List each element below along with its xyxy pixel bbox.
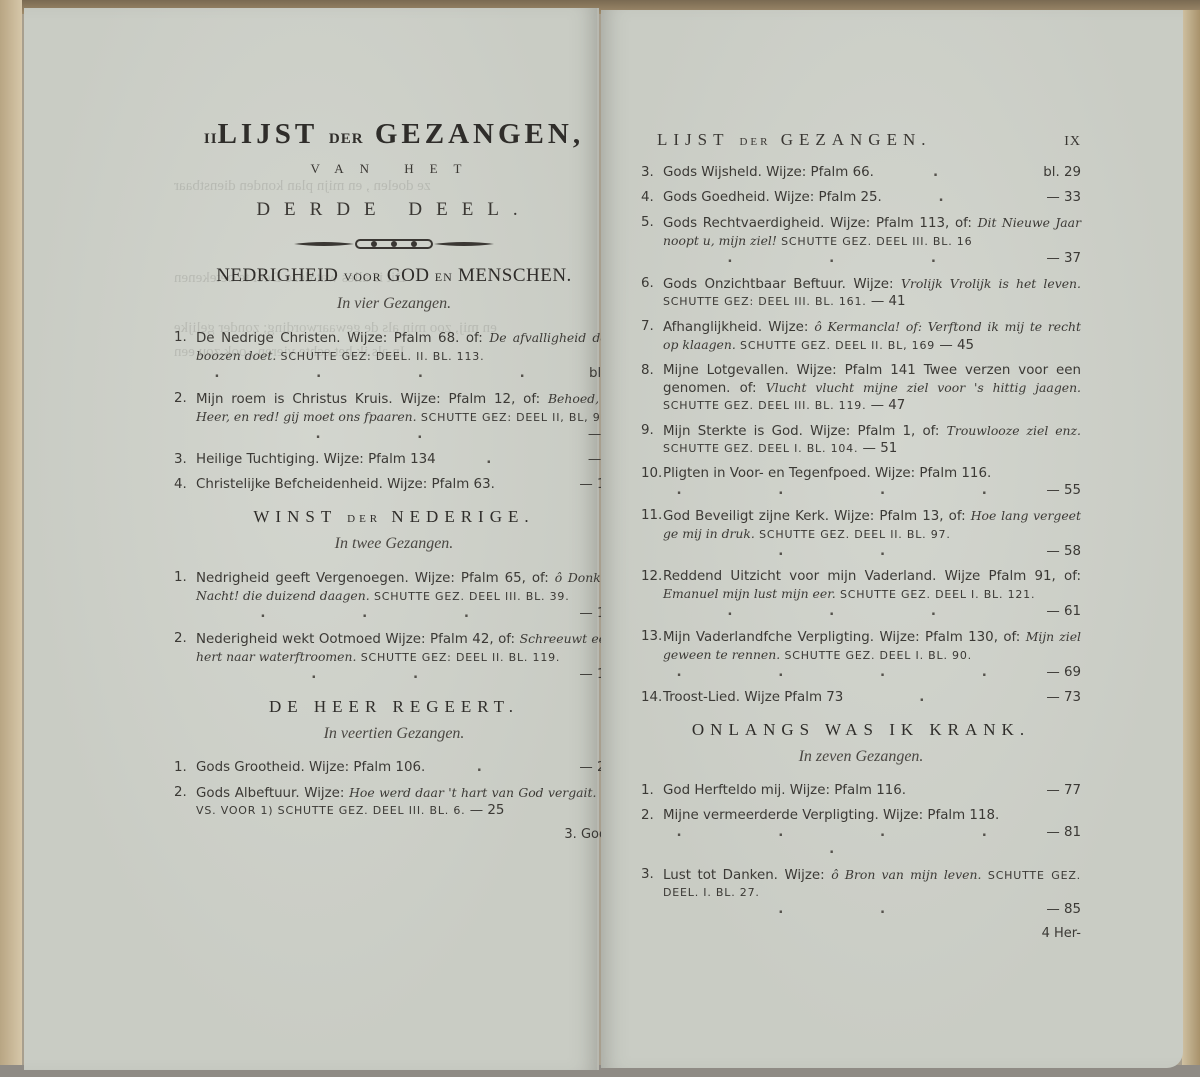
title-prefix: II [204,131,218,147]
entry-alt-tune: ô Bron van mijn leven. [831,867,981,882]
entry-title: Mijn Sterkte is God. [663,424,803,439]
entry-title: Mijn Vaderlandfche Verpligting. [663,630,874,645]
hymn-entry: 13. Mijn Vaderlandfche Verpligting. Wijz… [641,628,1081,681]
title-main: LIJST [218,118,318,150]
entry-title: Nederigheid wekt Ootmoed [196,632,381,647]
entry-number: 4. [641,189,661,206]
entry-number: 13. [641,628,661,645]
entry-reference: Schutte Gez: Deel. II. bl. 113. [281,350,485,363]
entry-page: — 51 [863,441,898,456]
hymn-entry: 1. Nedrigheid geeft Vergenoegen. Wijze: … [174,569,614,622]
hymn-entry: 5. Gods Rechtvaerdigheid. Wijze: Pfalm 1… [641,214,1081,267]
entry-page: — 41 [871,294,906,309]
entry-alt-tune: Vlucht vlucht mijne ziel voor 's hittig … [766,380,1081,395]
running-head: LIJST DER GEZANGEN. IX [641,130,1081,150]
entry-reference: Schutte Gez. Deel II. bl, 169 [740,339,935,352]
entry-tune: Wijze: [304,786,344,801]
entry-title: Mijne Lotgevallen. [663,363,789,378]
entry-page: — 47 [871,398,906,413]
entry-page: — 45 [939,338,974,353]
hymn-entry: 3. Heilige Tuchtiging. Wijze: Pfalm 134 … [174,451,614,468]
hymn-entry: 2. Mijn roem is Christus Kruis. Wijze: P… [174,390,614,443]
hymn-entry: 7. Afhanglijkheid. Wijze: ô Kermancla! o… [641,318,1081,354]
section-subtitle: In vier Gezangen. [174,295,614,313]
hymn-entry: 6. Gods Onzichtbaar Beftuur. Wijze: Vrol… [641,275,1081,310]
leader-dots: . . [196,426,588,443]
section-heading-nedrigheid: NEDRIGHEID VOOR GOD EN MENSCHEN. [174,265,614,287]
hymn-entry: 3. Lust tot Danken. Wijze: ô Bron van mi… [641,866,1081,918]
entry-title: Christelijke Befcheidenheid. [196,477,383,492]
van-het-line: VAN HET [174,161,614,177]
entry-title: Gods Rechtvaerdigheid. [663,216,824,231]
hymn-entry: 4. Christelijke Befcheidenheid. Wijze: P… [174,476,614,493]
entry-number: 12. [641,568,661,585]
entry-tune: Wijze: Pfalm 68. of: [347,331,483,346]
entry-tune: Wijze: Pfalm 116. [875,466,991,481]
title-der: DER [329,131,364,147]
title-rest: GEZANGEN, [375,118,584,150]
entry-reference: Schutte Gez: Deel III. bl. 161. [663,295,867,308]
entry-tune: Wijze: Pfalm 113, of: [830,216,972,231]
entry-tune: Wijze: [853,277,893,292]
left-page-column: IILIJST DER GEZANGEN, VAN HET DERDE DEEL… [174,118,614,842]
entry-title: Lust tot Danken. [663,868,778,883]
entry-title: Gods Goedheid. [663,190,770,205]
entry-number: 2. [641,807,661,824]
entry-number: 1. [641,782,661,799]
hymn-entry: 1. Gods Grootheid. Wijze: Pfalm 106. . —… [174,759,614,776]
entry-number: 7. [641,318,661,335]
section-heading-onlangs-was-ik-krank: ONLANGS WAS IK KRANK. [641,720,1081,740]
entry-title: Troost-Lied. [663,690,740,705]
entry-alt-tune: Trouwlooze ziel enz. [947,423,1081,438]
entry-tune: Wijze: Pfalm 116. [790,783,906,798]
hymn-entry: 2. Gods Albeftuur. Wijze: Hoe werd daar … [174,784,614,819]
entry-title: Gods Wijsheld. [663,165,762,180]
entry-title: De Nedrige Christen. [196,331,341,346]
running-head-word: GEZANGEN. [781,130,932,149]
entry-number: 11. [641,507,661,524]
entry-tune: Wijze: Pfalm 1, of: [810,424,939,439]
entry-number: 3. [174,451,194,468]
entry-title: Gods Onzichtbaar Beftuur. [663,277,846,292]
heading-word: WINST [253,507,337,526]
entry-tune: Wijze: Pfalm 66. [766,165,874,180]
entry-page: — 61 [1046,603,1081,620]
entry-number: 3. [641,164,661,181]
entry-page: — 81 [1046,824,1081,841]
heading-word: EN [435,270,453,284]
entry-number: 1. [174,329,194,346]
leader-dots: . . . . [663,482,1046,499]
leader-dots: . [882,189,1047,206]
entry-title: Mijn roem is Christus Kruis. [196,392,393,407]
entry-tune: Wijze: Pfalm 42, of: [385,632,515,647]
running-head-word: DER [739,136,770,148]
leader-dots: . [436,451,588,468]
section-subtitle: In veertien Gezangen. [174,725,614,743]
heading-word: MENSCHEN. [458,265,572,286]
entry-number: 8. [641,362,661,379]
hymn-entry: 2. Mijne vermeerderde Verpligting. Wijze… [641,807,1081,858]
entry-page: — 73 [1046,689,1081,706]
heading-word: DE HEER REGEERT. [269,697,519,716]
entry-number: 1. [174,759,194,776]
hymn-entry: 2. Nederigheid wekt Ootmoed Wijze: Pfalm… [174,630,614,683]
section-heading-de-heer-regeert: DE HEER REGEERT. [174,697,614,717]
entry-reference: Schutte Gez. Deel III. bl. 16 [781,235,972,248]
entry-page: bl. 29 [1043,164,1081,181]
entry-page: — 55 [1046,482,1081,499]
hymn-entry: 11. God Beveiligt zijne Kerk. Wijze: Pfa… [641,507,1081,560]
hymn-entry: 4. Gods Goedheid. Wijze: Pfalm 25..— 33 [641,189,1081,206]
entry-tune: Wijze: Pfalm 13, of: [834,509,966,524]
heading-word: DER [347,513,381,525]
left-page: ze doelen , en mijn plan konden dienstba… [24,8,599,1070]
hymn-entry: 12. Reddend Uitzicht voor mijn Vaderland… [641,568,1081,620]
book-cover-right-edge [1182,10,1200,1070]
running-head-word: LIJST [657,130,729,149]
entry-page: — 69 [1046,664,1081,681]
entry-title: Afhanglijkheid. [663,320,762,335]
entry-tune: Wijze: Pfalm 106. [309,760,425,775]
entry-reference: Schutte Gez. Deel II. bl. 97. [759,528,951,541]
leader-dots: . . . [196,605,579,622]
entry-page: — 33 [1046,189,1081,206]
entry-title: Gods Albeftuur. [196,786,300,801]
entry-alt-tune: Vrolijk Vrolijk is het leven. [901,276,1081,291]
heading-word: NEDERIGE. [391,507,534,526]
entry-reference: Schutte Gez. Deel I. bl. 90. [784,649,971,662]
entry-tune: Wijze: Pfalm 12, of: [400,392,540,407]
hymn-entry: 1. God Herfteldo mij. Wijze: Pfalm 116.—… [641,782,1081,799]
leader-dots: . . [663,543,1046,560]
right-page: LIJST DER GEZANGEN. IX 3. Gods Wijsheld.… [601,10,1183,1068]
entry-reference: Schutte Gez: Deel II. bl. 119. [361,651,561,664]
hymn-entry: 1. De Nedrige Christen. Wijze: Pfalm 68.… [174,329,614,382]
entry-reference: Schutte Gez. Deel III. bl. 39. [374,590,570,603]
entry-alt-tune: Emanuel mijn lust mijn eer. [663,586,836,601]
entry-page: — 37 [1046,250,1081,267]
ornament-divider-icon [174,237,614,251]
entry-title: God Herfteldo mij. [663,783,786,798]
catchword: 4 Her- [641,926,1081,941]
entry-page: — 77 [1046,782,1081,799]
entry-title: God Beveiligt zijne Kerk. [663,509,829,524]
leader-dots: . [874,164,1043,181]
entry-title: Gods Grootheid. [196,760,305,775]
leader-dots: . . . . . [663,824,1046,858]
book-cover-left-edge [0,0,22,1077]
entry-title: Mijne vermeerderde Verpligting. [663,808,879,823]
entry-number: 2. [174,390,194,407]
heading-word: VOOR [344,270,382,284]
section-heading-winst: WINST DER NEDERIGE. [174,507,614,527]
entry-tune: Wijze: Pfalm 63. [387,477,495,492]
leader-dots: . . . . [196,365,589,382]
entry-number: 9. [641,422,661,439]
hymn-entry: 10. Pligten in Voor- en Tegenfpoed. Wijz… [641,465,1081,499]
entry-tune: Wijze: Pfalm 134 [324,452,436,467]
hymn-entry: 14. Troost-Lied. Wijze Pfalm 73.— 73 [641,689,1081,706]
entry-reference: Schutte Gez. Deel I. bl. 121. [840,588,1035,601]
entry-tune: Wijze: Pfalm 65, of: [415,571,549,586]
entry-number: 2. [174,784,194,801]
entry-tune: Wijze: [768,320,808,335]
entry-number: 1. [174,569,194,586]
leader-dots: . [425,759,579,776]
entry-number: 3. [641,866,661,883]
right-page-column: LIJST DER GEZANGEN. IX 3. Gods Wijsheld.… [641,130,1081,941]
leader-dots: . [843,689,1046,706]
entry-tune: Wijze Pfalm 91, of: [945,569,1081,584]
entry-number: 2. [174,630,194,647]
hymn-entry: 3. Gods Wijsheld. Wijze: Pfalm 66..bl. 2… [641,164,1081,181]
entry-title: Nedrigheid geeft Vergenoegen. [196,571,409,586]
catchword: 3. Gods [174,827,614,842]
heading-word: GOD [387,265,430,286]
entry-alt-tune: Hoe werd daar 't hart van God vergait. [349,785,596,800]
entry-page: — 58 [1046,543,1081,560]
leader-dots: . . . [663,250,1046,267]
leader-dots: . . [663,901,1046,918]
entry-title: Reddend Uitzicht voor mijn Vaderland. [663,569,936,584]
part-title: DERDE DEEL. [174,199,614,221]
entry-reference: Schutte Gez. Deel I. bl. 104. [663,442,858,455]
entry-title: Heilige Tuchtiging. [196,452,319,467]
page-number: IX [1064,134,1081,150]
section-subtitle: In zeven Gezangen. [641,748,1081,766]
hymn-entry: 8. Mijne Lotgevallen. Wijze: Pfalm 141 T… [641,362,1081,414]
leader-dots: . . . [663,603,1046,620]
entry-number: 5. [641,214,661,231]
entry-number: 14. [641,689,661,706]
entry-page: — 85 [1046,901,1081,918]
hymn-entry: 9. Mijn Sterkte is God. Wijze: Pfalm 1, … [641,422,1081,457]
entry-reference: Schutte Gez: Deel II, bl, 94. [421,411,613,424]
entry-title: Pligten in Voor- en Tegenfpoed. [663,466,871,481]
entry-tune: Wijze: Pfalm 130, of: [879,630,1020,645]
entry-page: — 25 [470,803,505,818]
entry-tune: Wijze: [784,868,824,883]
leader-dots: . . [196,666,579,683]
leader-dots: . . . . [663,664,1046,681]
entry-reference: Schutte Gez. Deel III. bl. 119. [663,399,866,412]
heading-word: NEDRIGHEID [216,265,338,286]
entry-tune: Wijze: Pfalm 25. [774,190,882,205]
entry-tune: Wijze Pfalm 73 [744,690,843,705]
entry-number: 10. [641,465,661,482]
entry-tune: Wijze: Pfalm 118. [883,808,999,823]
entry-number: 4. [174,476,194,493]
section-subtitle: In twee Gezangen. [174,535,614,553]
entry-number: 6. [641,275,661,292]
list-title: IILIJST DER GEZANGEN, [174,118,614,151]
